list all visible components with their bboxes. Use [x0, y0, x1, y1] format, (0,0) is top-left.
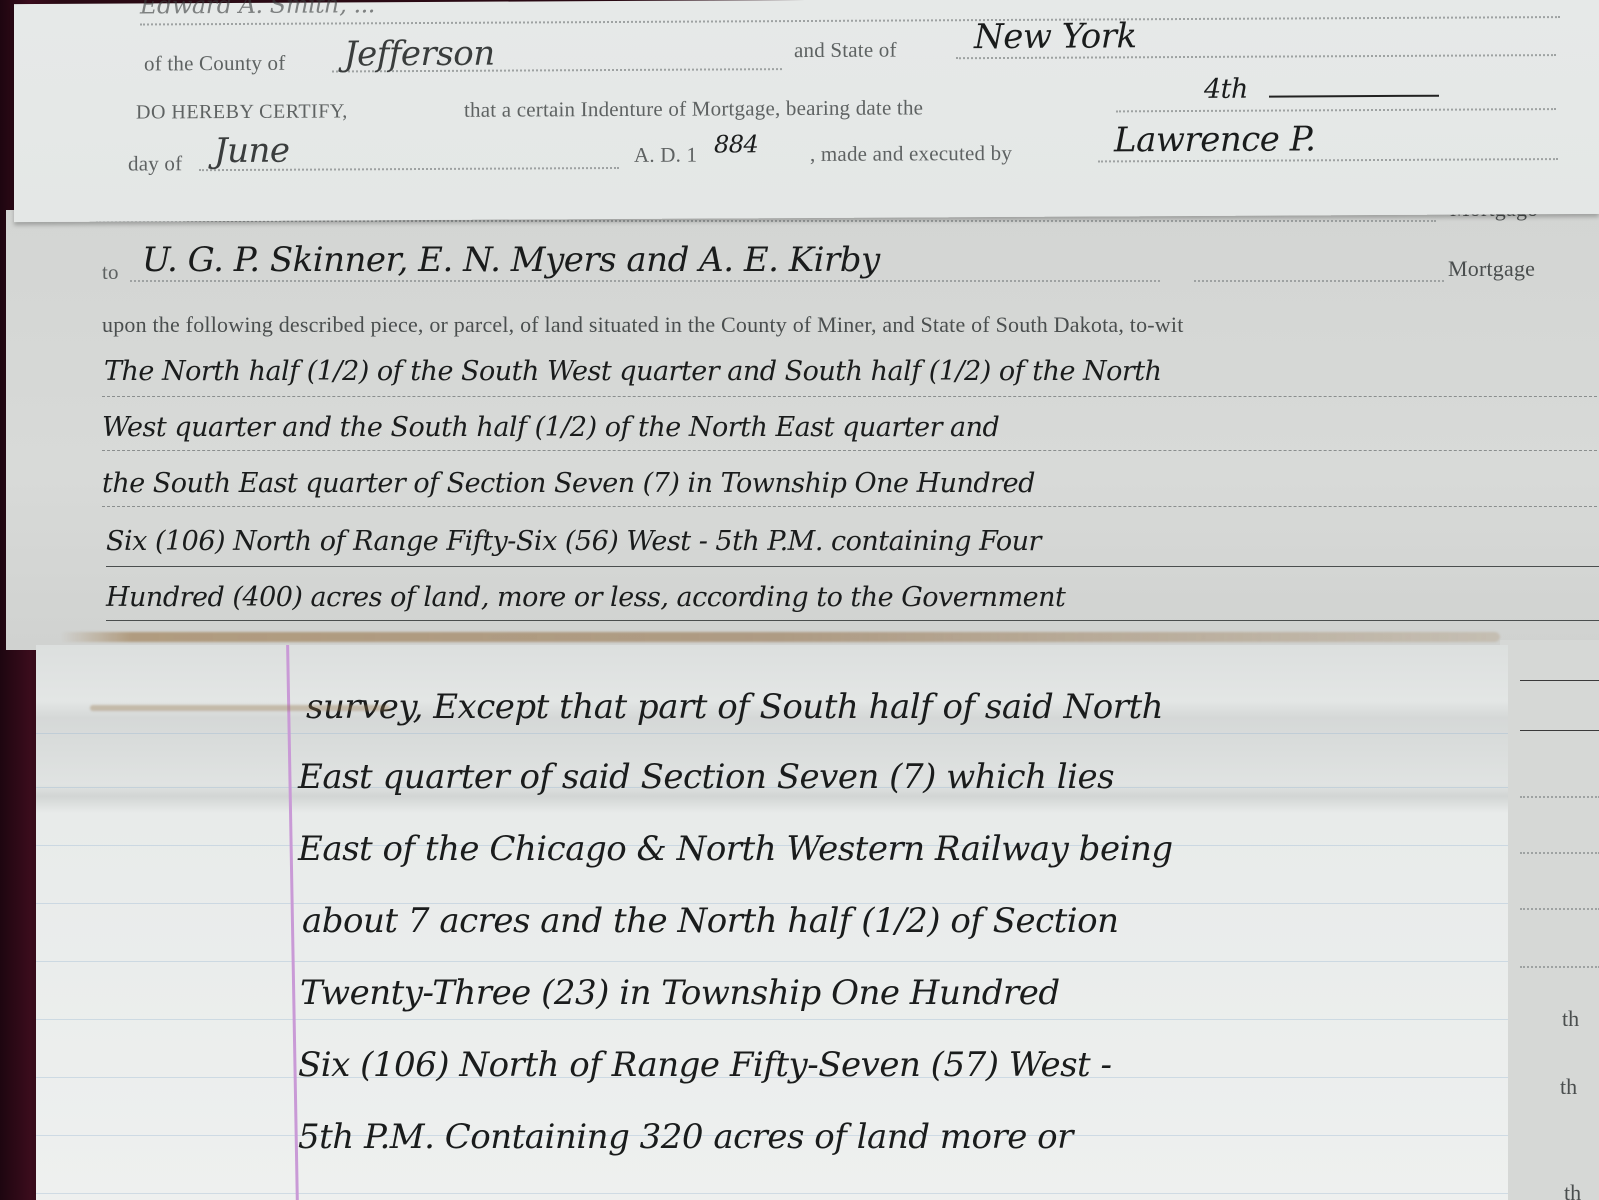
- dotted-rule: [1194, 280, 1444, 282]
- margin-line: [286, 645, 299, 1200]
- underlying-form-edge: th th th: [1500, 640, 1599, 1200]
- fold-stain: [60, 632, 1500, 642]
- mortgagees-value: U. G. P. Skinner, E. N. Myers and A. E. …: [142, 240, 880, 280]
- made-by-label: , made and executed by: [810, 141, 1012, 167]
- day-of-label: day of: [128, 151, 182, 176]
- form-top-section: Edward A. Smith, ... of the County of Je…: [14, 0, 1599, 222]
- rule: [106, 566, 1599, 567]
- attached-line-5: Twenty-Three (23) in Township One Hundre…: [300, 973, 1060, 1013]
- dashed-rule: [102, 450, 1599, 451]
- county-label: of the County of: [144, 51, 285, 77]
- dashed-rule: [102, 396, 1599, 397]
- month-value: June: [214, 131, 290, 171]
- dashed-rule: [102, 506, 1599, 507]
- date-day-value: 4th: [1204, 74, 1248, 105]
- certify-text: DO HEREBY CERTIFY,: [136, 100, 348, 124]
- attached-ruled-sheet: survey, Except that part of South half o…: [36, 645, 1508, 1200]
- attached-line-3: East of the Chicago & North Western Rail…: [298, 829, 1173, 869]
- fold-stain: [90, 705, 390, 711]
- description-line-5: Hundred (400) acres of land, more or les…: [106, 582, 1065, 613]
- edge-text-fragment: th: [1564, 1180, 1581, 1200]
- attached-line-1: survey, Except that part of South half o…: [306, 687, 1163, 727]
- description-line-3: the South East quarter of Section Seven …: [102, 468, 1035, 499]
- mortgagee-label: Mortgage: [1448, 256, 1535, 282]
- description-line-2: West quarter and the South half (1/2) of…: [102, 412, 999, 443]
- to-label: to: [102, 260, 119, 285]
- edge-text-fragment: th: [1562, 1006, 1579, 1032]
- ad-label: A. D. 1: [634, 143, 697, 168]
- attached-line-2: East quarter of said Section Seven (7) w…: [298, 757, 1114, 797]
- attached-line-7: 5th P.M. Containing 320 acres of land mo…: [298, 1117, 1073, 1157]
- description-line-1: The North half (1/2) of the South West q…: [104, 356, 1162, 387]
- top-line-fragment: Edward A. Smith, ...: [140, 0, 375, 19]
- land-description-text: upon the following described piece, or p…: [102, 312, 1184, 338]
- state-value: New York: [974, 16, 1137, 57]
- county-value: Jefferson: [344, 34, 495, 75]
- state-label: and State of: [794, 38, 897, 64]
- description-line-4: Six (106) North of Range Fifty-Six (56) …: [106, 526, 1041, 557]
- rule: [106, 620, 1599, 621]
- edge-text-fragment: th: [1560, 1074, 1577, 1100]
- form-middle-section: Christianson and Alabama A. Christianson…: [6, 210, 1599, 650]
- attached-line-6: Six (106) North of Range Fifty-Seven (57…: [298, 1045, 1111, 1085]
- dotted-rule: [1116, 108, 1556, 112]
- attached-line-4: about 7 acres and the North half (1/2) o…: [302, 901, 1119, 941]
- pen-stroke: [1269, 95, 1439, 98]
- mortgagor-line1: Lawrence P.: [1114, 119, 1316, 160]
- dotted-rule: [130, 280, 1160, 282]
- year-value: 884: [714, 130, 758, 158]
- indenture-text: that a certain Indenture of Mortgage, be…: [464, 95, 923, 122]
